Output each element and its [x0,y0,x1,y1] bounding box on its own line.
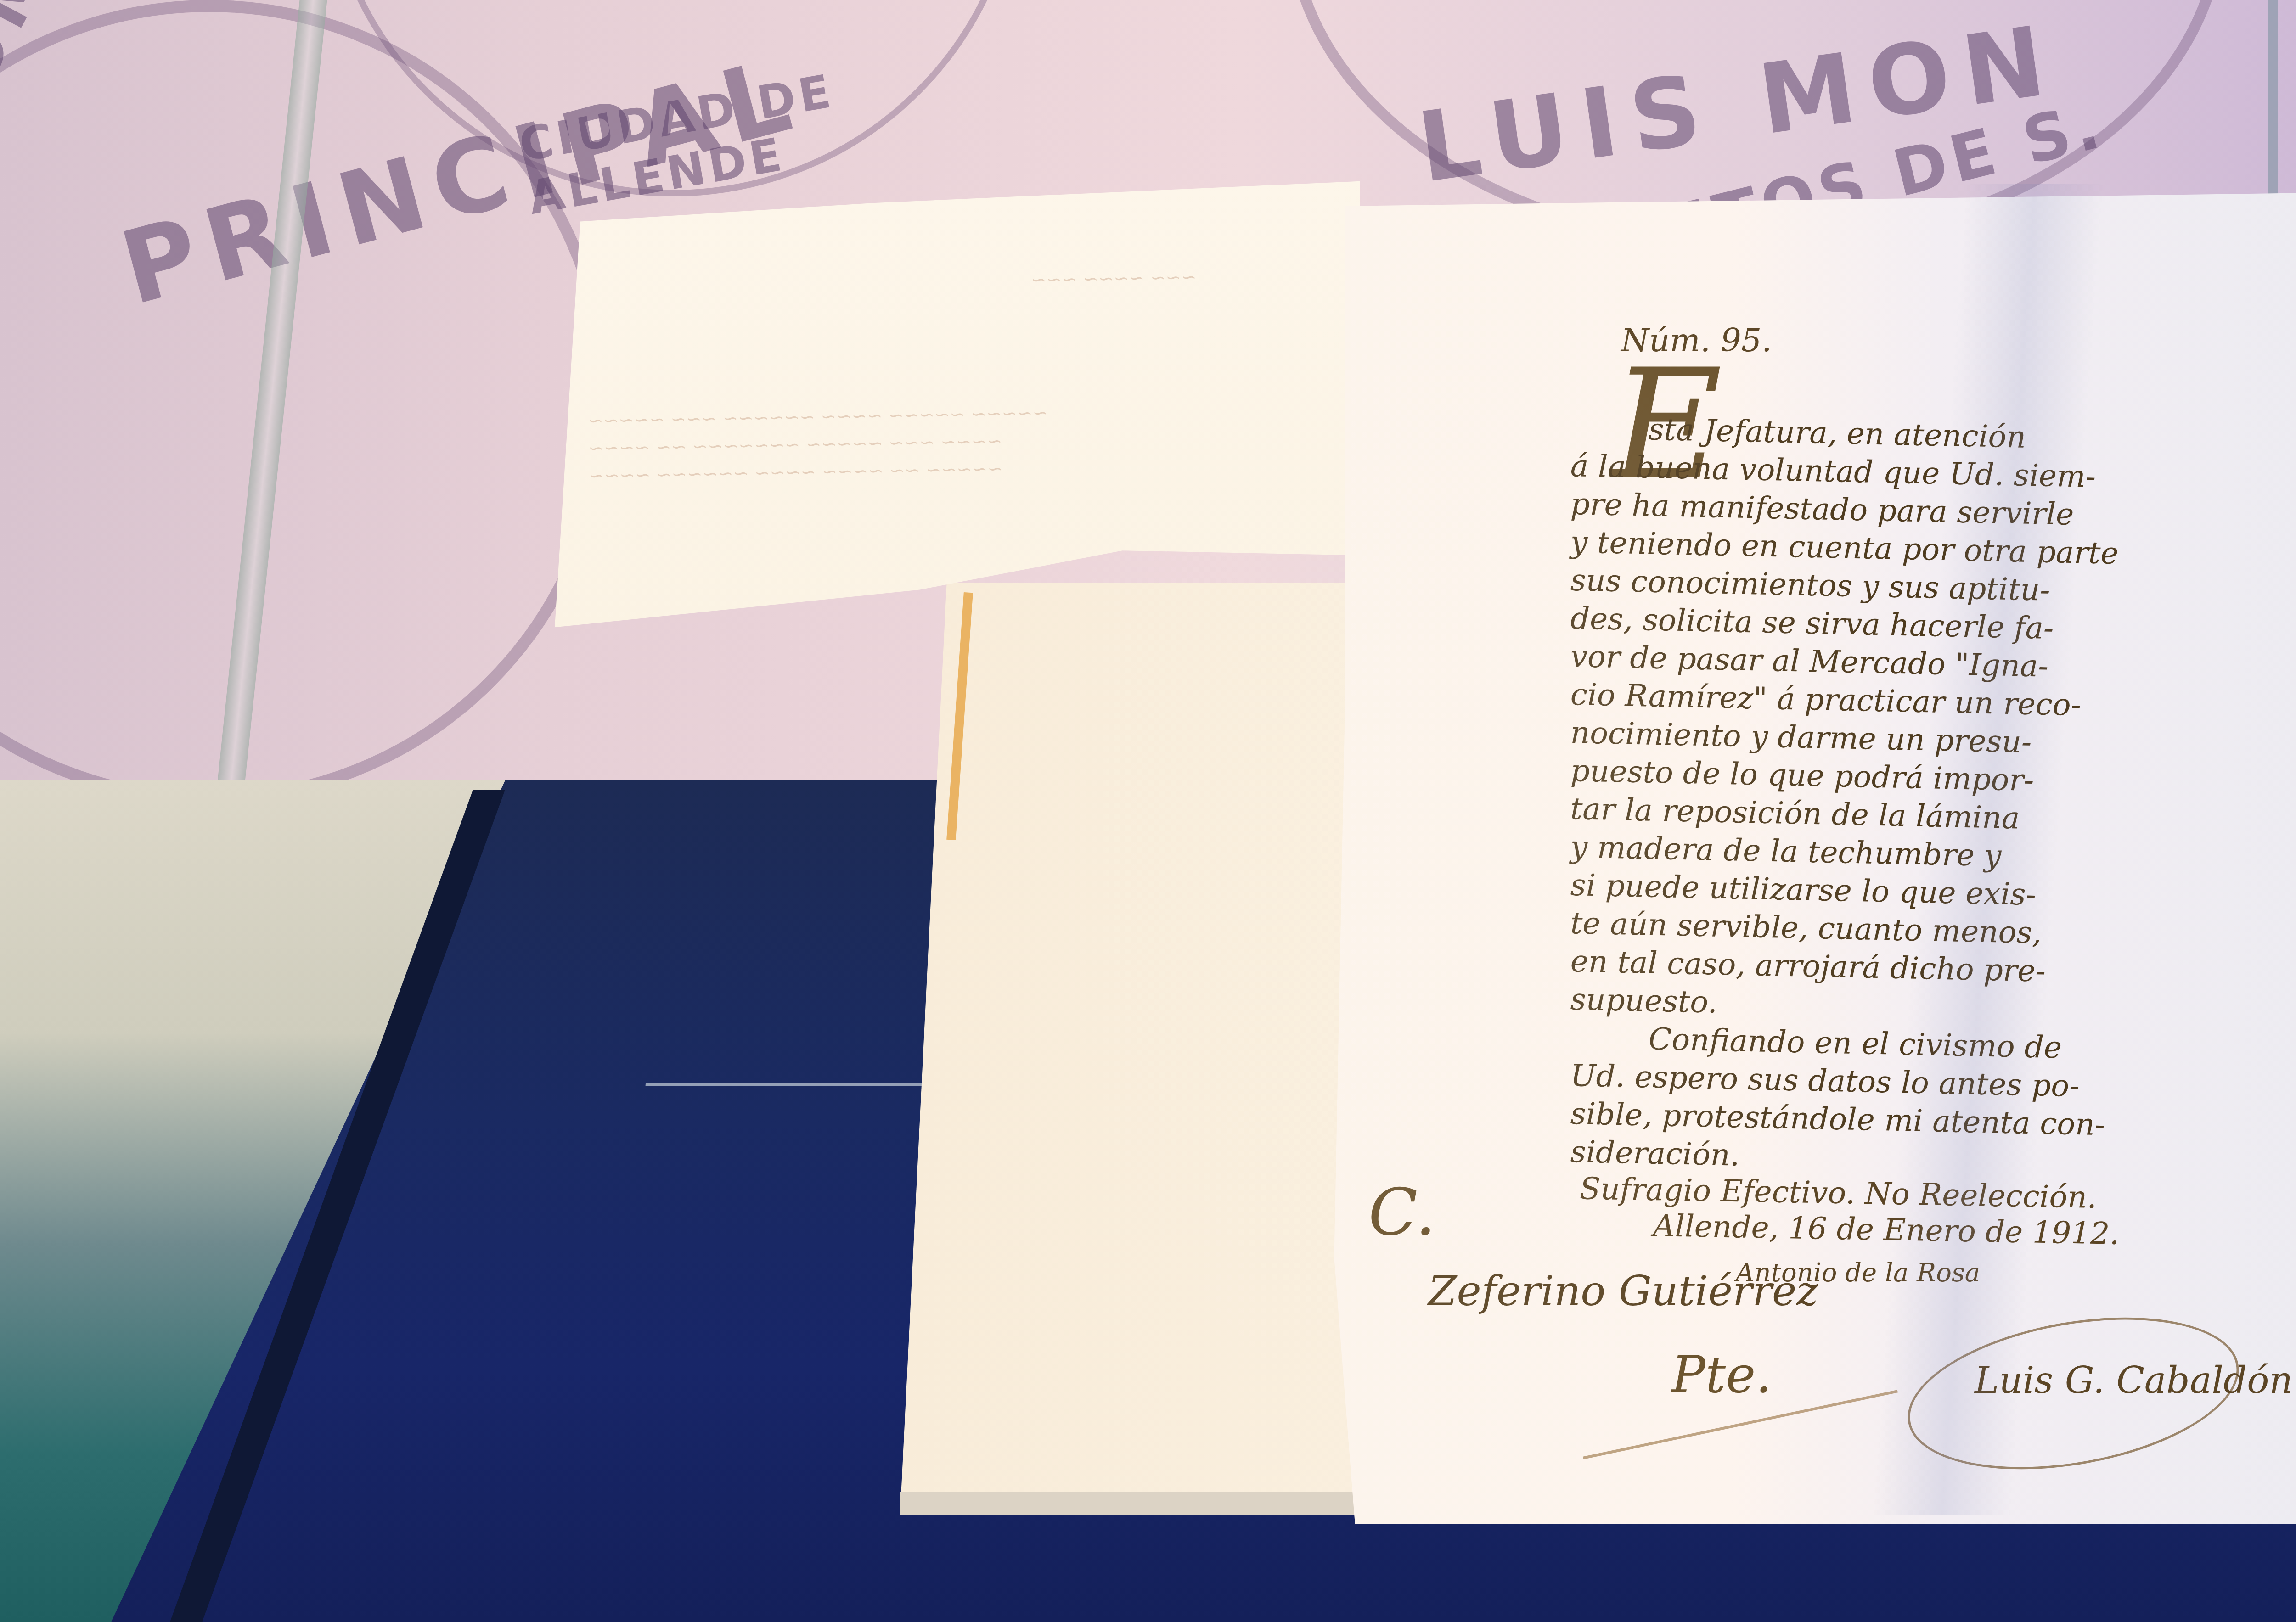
recipient-place: Pte. [1671,1345,1772,1404]
museum-display-scene: ADMINISTRACION PRINCIPAL CIUDAD DE ALLEN… [0,0,2296,1622]
letter-body: sta Jefatura, en atención á la buena vol… [1570,409,2287,1171]
bleed-through-text: ~~~~~ ~~~~~ ~~~~ ~~~~~~ ~~~ ~~~~~ [588,403,1048,432]
signature-chief: Luis G. Cabaldón [1975,1359,2293,1402]
recipient-prefix: C. [1368,1175,1436,1250]
bleed-through-text: ~~~ ~~~~ ~~~ [1031,267,1197,291]
recipient-name: Zeferino Gutiérrez [1428,1267,1818,1315]
stamp-top-arc-text: CIUDAD DE ALLENDE [515,33,1022,225]
bleed-through-text: ~~~~~ ~~ ~~~~ ~~~~ ~~~~~~ ~~~~ [589,458,1003,487]
bleed-through-text: ~~~~ ~~~ ~~~~~ ~~~~~~~ ~~ ~~~~ [588,431,1002,459]
